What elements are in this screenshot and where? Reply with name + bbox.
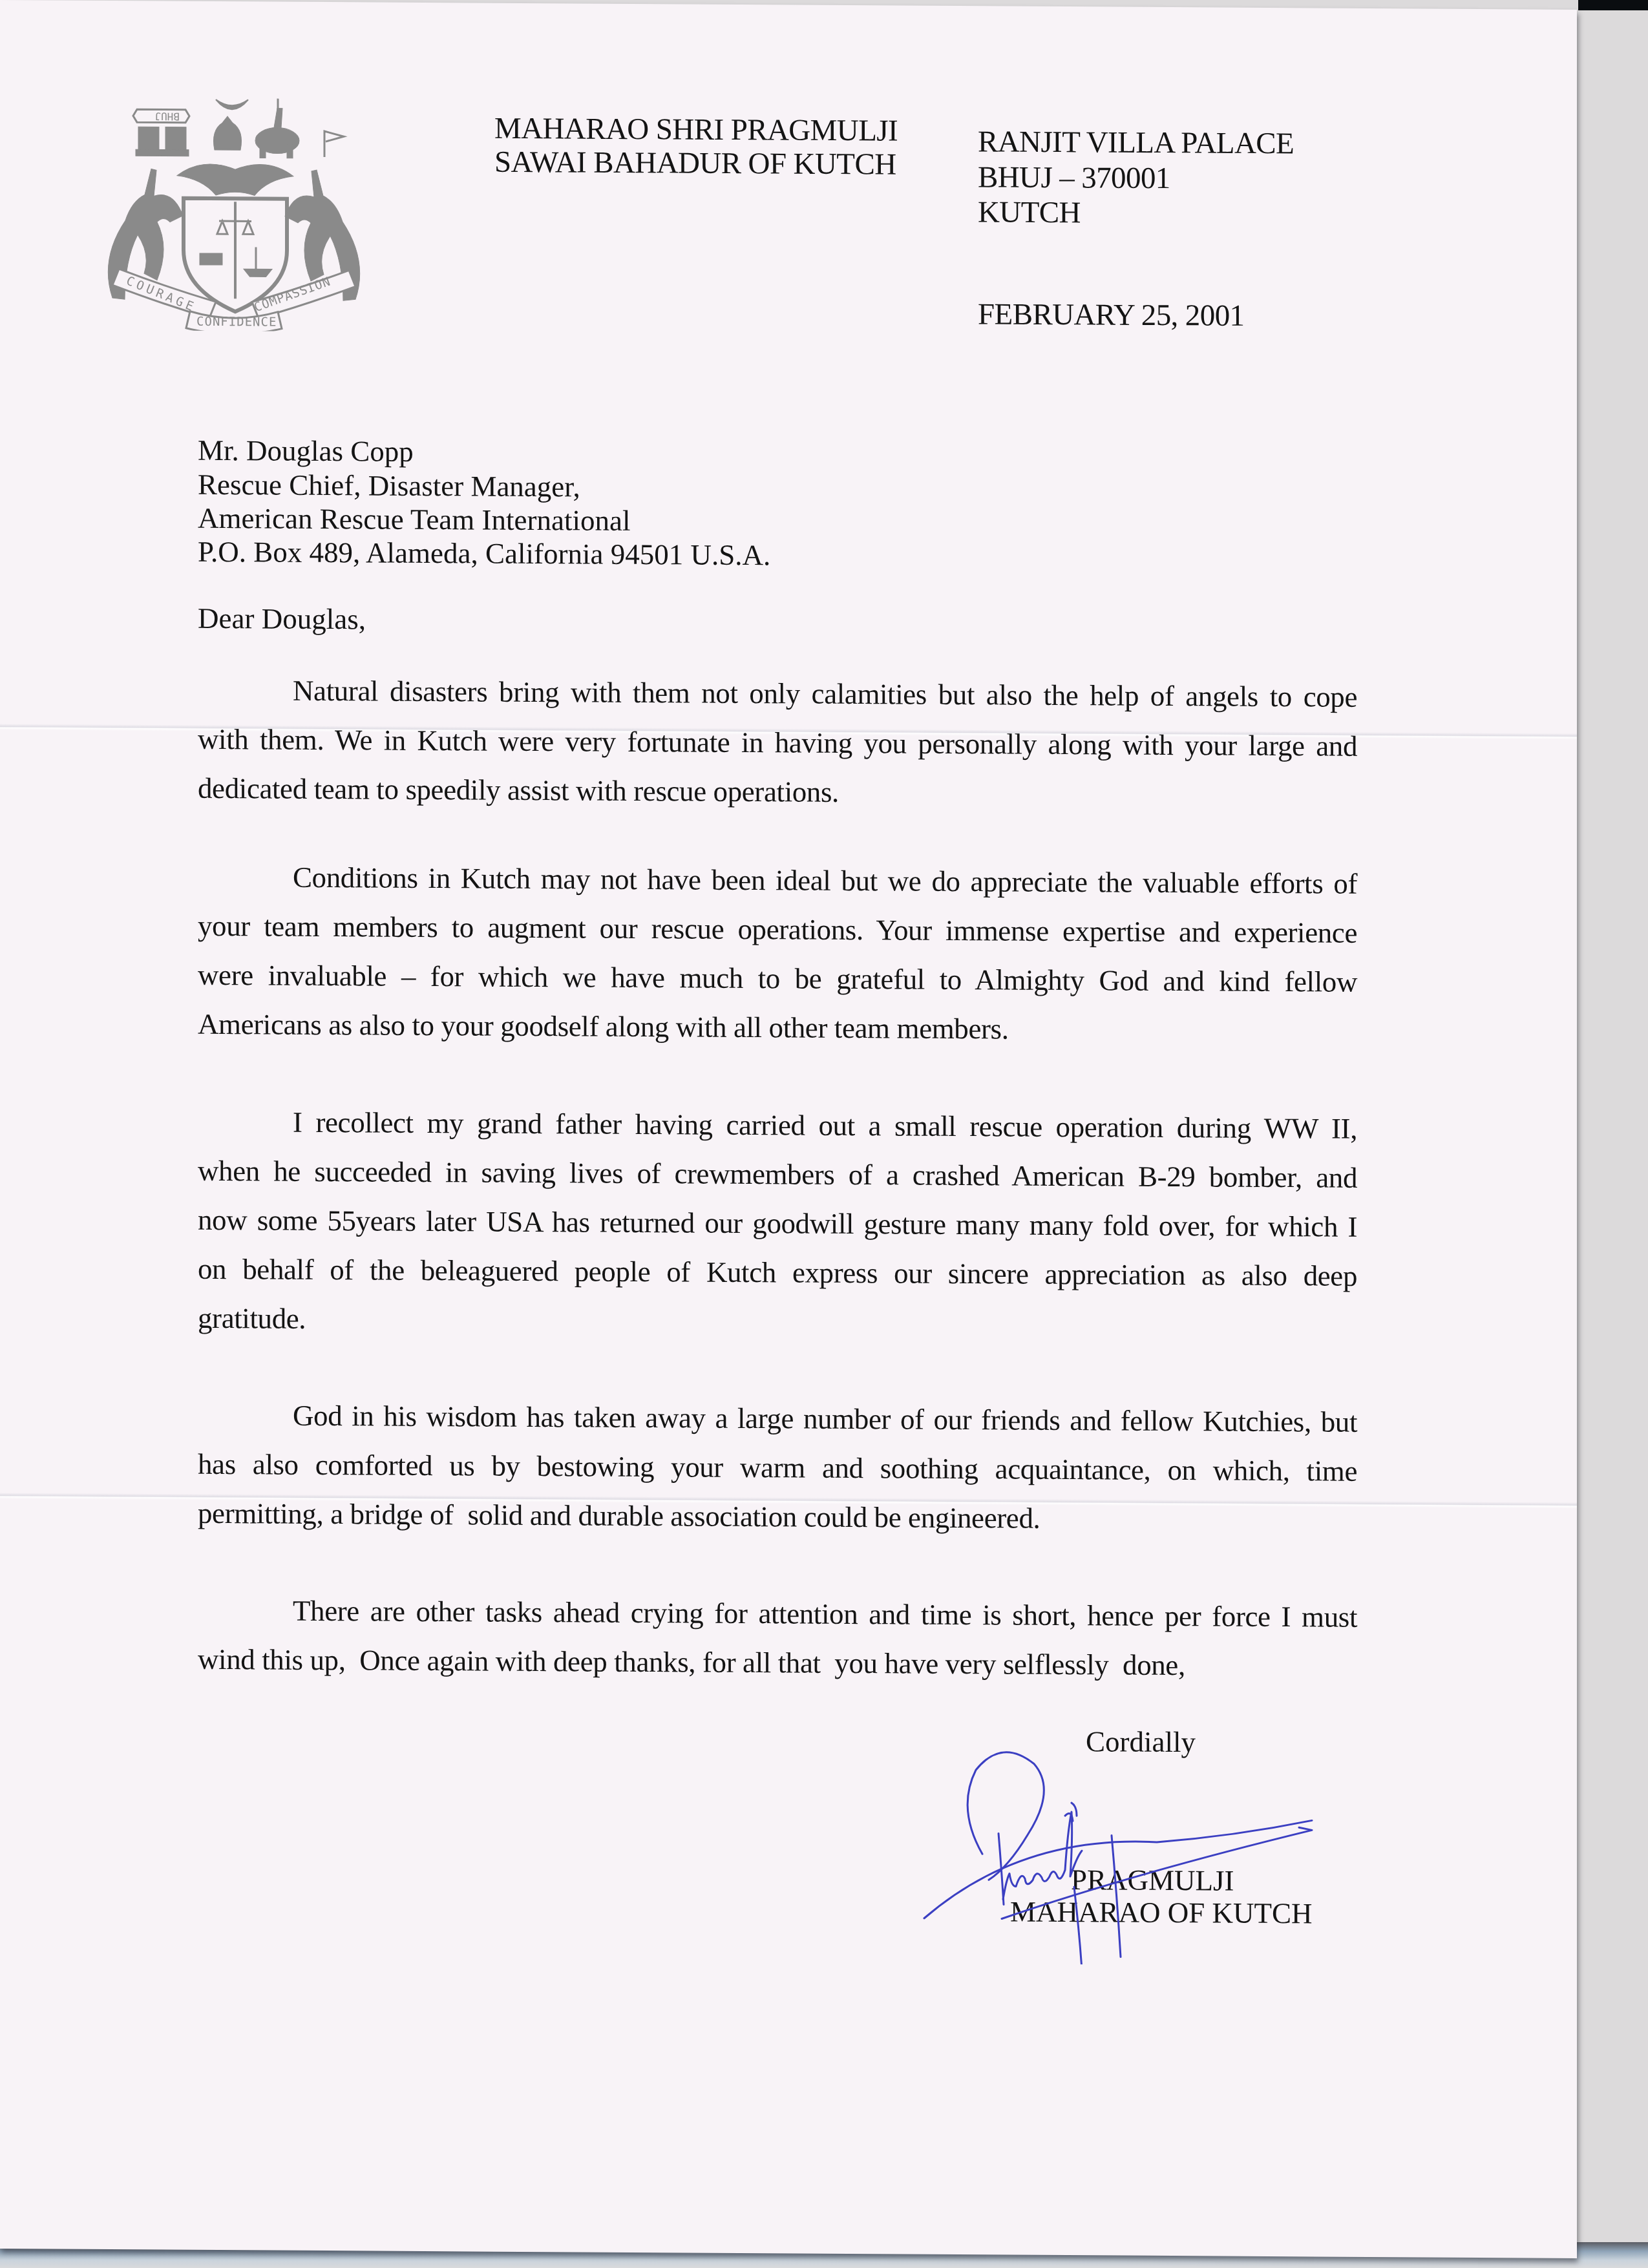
crest-scroll-text: BHUJ <box>154 110 180 122</box>
paragraph-4-line: permitting, a bridge of solid and durabl… <box>198 1499 1040 1533</box>
paragraph-2-line: Conditions in Kutch may not have been id… <box>293 863 1357 899</box>
crest-motto-confidence: CONFIDENCE <box>196 315 277 330</box>
letter-date: FEBRUARY 25, 2001 <box>978 299 1244 331</box>
signatory-title: MAHARAO OF KUTCH <box>1010 1897 1313 1928</box>
letter-body: Natural disasters bring with them not on… <box>0 0 1577 10</box>
recipient-line: P.O. Box 489, Alameda, California 94501 … <box>198 538 770 570</box>
recipient-line: Mr. Douglas Copp <box>198 436 414 467</box>
sender-title-line: SAWAI BAHADUR OF KUTCH <box>494 147 896 180</box>
salutation: Dear Douglas, <box>198 604 366 635</box>
paragraph-3-line: I recollect my grand father having carri… <box>293 1108 1357 1144</box>
valediction: Cordially <box>1086 1727 1196 1757</box>
paragraph-1-line: with them. We in Kutch were very fortuna… <box>198 725 1357 761</box>
paragraph-1-line: dedicated team to speedily assist with r… <box>198 774 839 807</box>
recipient-line: Rescue Chief, Disaster Manager, <box>198 470 580 502</box>
letter-page: BHUJ COURAGE COMPASSION CONFIDENCE MAHAR… <box>0 0 1577 2258</box>
recipient-line: American Rescue Team International <box>198 504 631 536</box>
paragraph-2-line: were invaluable – for which we have much… <box>198 961 1357 997</box>
paragraph-3-line: now some 55years later USA has returned … <box>198 1206 1357 1242</box>
paragraph-4-line: God in his wisdom has taken away a large… <box>293 1402 1357 1437</box>
paragraph-4-line: has also comforted us by bestowing your … <box>198 1450 1357 1486</box>
sender-address-line: RANJIT VILLA PALACE <box>978 127 1294 159</box>
crescent-icon <box>216 100 248 109</box>
sender-name-line: MAHARAO SHRI PRAGMULJI <box>494 114 898 147</box>
paragraph-2-line: your team members to augment our rescue … <box>198 912 1357 948</box>
paragraph-3-line: when he succeeded in saving lives of cre… <box>198 1157 1357 1193</box>
paragraph-3-line: gratitude. <box>198 1304 306 1334</box>
sender-address-line: KUTCH <box>978 197 1081 228</box>
paragraph-5-line: There are other tasks ahead crying for a… <box>293 1597 1357 1632</box>
royal-crest-logo: BHUJ COURAGE COMPASSION CONFIDENCE <box>87 91 381 332</box>
scan-edge-strip <box>1578 0 1648 10</box>
sender-address-line: BHUJ – 370001 <box>978 162 1170 194</box>
paragraph-2-line: Americans as also to your goodself along… <box>198 1010 1009 1044</box>
letter-content: BHUJ COURAGE COMPASSION CONFIDENCE MAHAR… <box>0 0 1577 2258</box>
paragraph-3-line: on behalf of the beleaguered people of K… <box>198 1255 1357 1291</box>
signatory-name: PRAGMULJI <box>1071 1865 1234 1896</box>
paragraph-1-line: Natural disasters bring with them not on… <box>293 677 1357 712</box>
paragraph-5-line: wind this up, Once again with deep thank… <box>198 1645 1185 1680</box>
